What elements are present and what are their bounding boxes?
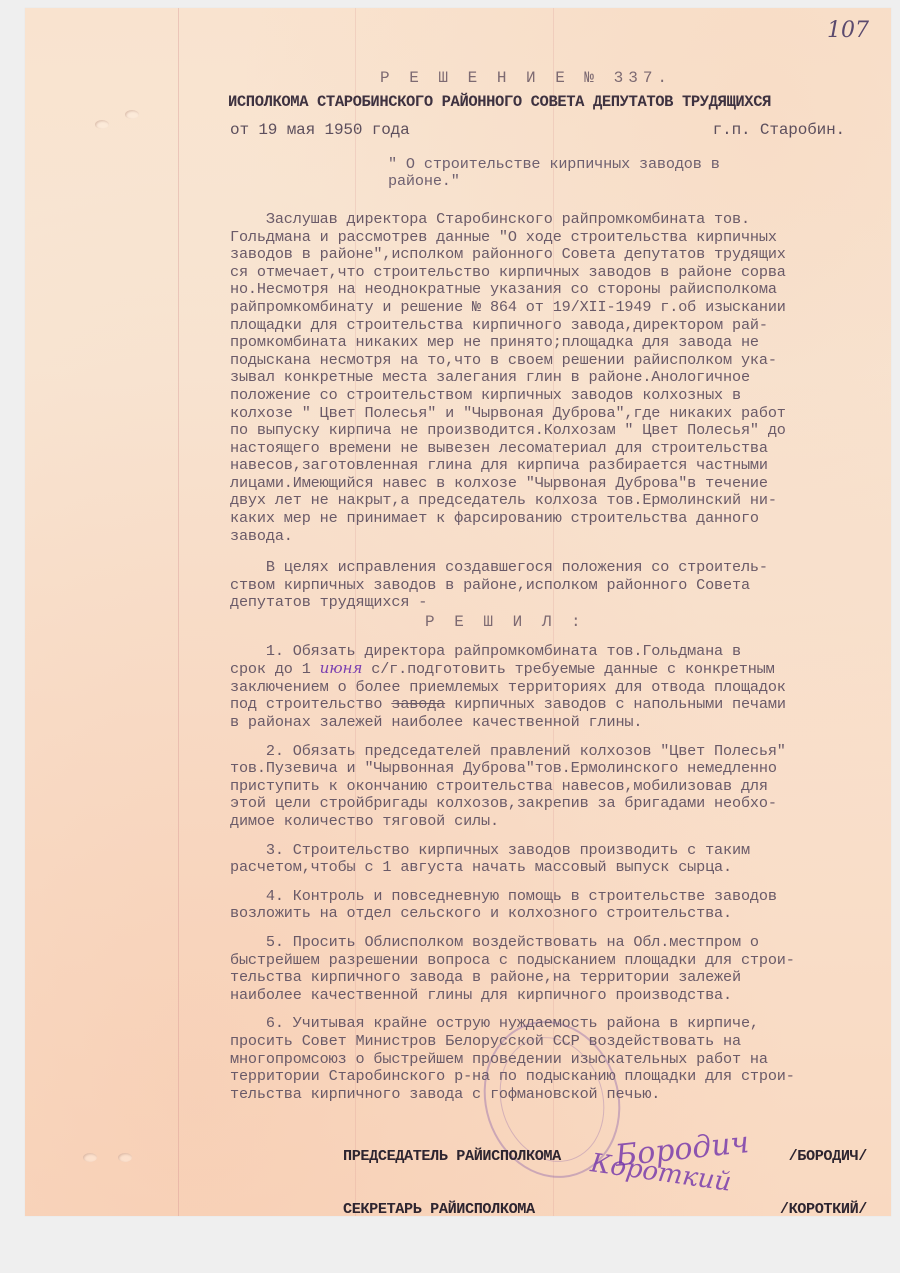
text-line: просить Совет Министров Белорусской ССР …: [230, 1032, 741, 1050]
text-line: колхозе " Цвет Полесья" и "Чырвоная Дубр…: [230, 404, 786, 422]
text-line: Заслушав директора Старобинского райпром…: [230, 210, 750, 228]
text-line: наиболее качественной глины для кирпично…: [230, 986, 732, 1004]
text-line: димое количество тяговой силы.: [230, 812, 499, 830]
text-line: депутатов трудящихся -: [230, 593, 427, 611]
resolution-item: 5. Просить Облисполком воздействовать на…: [230, 934, 885, 1004]
text-line: подыскана несмотря на то,что в своем реш…: [230, 351, 777, 369]
issuing-organization: ИСПОЛКОМА СТАРОБИНСКОГО РАЙОННОГО СОВЕТА…: [228, 94, 885, 112]
resolution-item: 6. Учитывая крайне острую нуждаемость ра…: [230, 1015, 885, 1103]
date-place-row: от 19 мая 1950 года г.п. Старобин.: [230, 122, 885, 140]
text-line: заводов в районе",исполком районного Сов…: [230, 245, 786, 263]
text-line: завода.: [230, 527, 293, 545]
text-line: расчетом,чтобы с 1 августа начать массов…: [230, 858, 732, 876]
text-line: по выпуску кирпича не производится.Колхо…: [230, 421, 786, 439]
text-line: 6. Учитывая крайне острую нуждаемость ра…: [230, 1014, 759, 1032]
text-line: райпромкомбинату и решение № 864 от 19/X…: [230, 298, 786, 316]
text-line: но.Несмотря на неоднократные указания со…: [230, 280, 777, 298]
resolution-item: 3. Строительство кирпичных заводов произ…: [230, 842, 885, 877]
intro-paragraph: В целях исправления создавшегося положен…: [230, 559, 885, 612]
text-line: зывал конкретные места залегания глин в …: [230, 368, 750, 386]
punch-hole-mark: [95, 120, 109, 129]
text-line: срок до 1 июня с/г.подготовить требуемые…: [230, 660, 775, 678]
text-line: тельства кирпичного завода в районе,на т…: [230, 968, 741, 986]
text-line: многопромсоюз о быстрейшем проведении из…: [230, 1050, 768, 1068]
text-line: 4. Контроль и повседневную помощь в стро…: [230, 887, 777, 905]
text-line: ством кирпичных заводов в районе,исполко…: [230, 576, 750, 594]
resolution-item: 2. Обязать председателей правлений колхо…: [230, 743, 885, 831]
text-line: территории Старобинского р-на по подыска…: [230, 1067, 795, 1085]
chairman-name: /БОРОДИЧ/: [789, 1148, 867, 1166]
text-line: настоящего времени не вывезен лесоматери…: [230, 439, 768, 457]
margin-rule: [178, 8, 179, 1216]
text-line: заключением о более приемлемых территори…: [230, 678, 786, 696]
punch-hole-mark: [125, 110, 139, 119]
document-date: от 19 мая 1950 года: [230, 122, 410, 140]
text-line: 2. Обязать председателей правлений колхо…: [230, 742, 786, 760]
chairman-title: ПРЕДСЕДАТЕЛЬ РАЙИСПОЛКОМА: [343, 1148, 561, 1166]
secretary-title: СЕКРЕТАРЬ РАЙИСПОЛКОМА: [343, 1201, 535, 1219]
text-line: возложить на отдел сельского и колхозног…: [230, 904, 732, 922]
document-place: г.п. Старобин.: [713, 122, 845, 140]
text-line: приступить к окончанию строительства нав…: [230, 777, 768, 795]
resolved-heading: Р Е Ш И Л :: [230, 614, 885, 632]
resolution-items: 1. Обязать директора райпромкомбината то…: [230, 643, 885, 1104]
text-line: лицами.Имеющийся навес в колхозе "Чырвон…: [230, 474, 768, 492]
document-subject: " О строительстве кирпичных заводов в ра…: [230, 156, 885, 191]
text-line: двух лет не накрыт,а председатель колхоз…: [230, 491, 777, 509]
punch-hole-mark: [83, 1153, 97, 1162]
text-line: тельства кирпичного завода с гофмановско…: [230, 1085, 660, 1103]
text-line: этой цели стройбригады колхозов,закрепив…: [230, 794, 777, 812]
text-line: ся отмечает,что строительство кирпичных …: [230, 263, 786, 281]
text-line: промкомбината никаких мер не принято;пло…: [230, 333, 759, 351]
text-line: положение со строительством кирпичных за…: [230, 386, 741, 404]
handwritten-insert: июня: [320, 659, 363, 677]
struck-word: завода: [391, 695, 445, 713]
text-line: В целях исправления создавшегося положен…: [230, 558, 768, 576]
text-line: под строительство завода кирпичных завод…: [230, 695, 786, 713]
text-line: каких мер не принимает к фарсированию ст…: [230, 509, 759, 527]
page-number: 107: [827, 18, 869, 43]
secretary-name: /КОРОТКИЙ/: [780, 1201, 867, 1219]
text-line: 5. Просить Облисполком воздействовать на…: [230, 933, 759, 951]
text-line: 1. Обязать директора райпромкомбината то…: [230, 642, 741, 660]
text-line: в районах залежей наиболее качественной …: [230, 713, 642, 731]
subject-line: " О строительстве кирпичных заводов в: [388, 155, 720, 173]
text-line: тов.Пузевича и "Чырвонная Дуброва"тов.Ер…: [230, 759, 777, 777]
resolution-item: 4. Контроль и повседневную помощь в стро…: [230, 888, 885, 923]
document-title: Р Е Ш Е Н И Е № 337.: [230, 70, 885, 88]
resolution-item: 1. Обязать директора райпромкомбината то…: [230, 643, 885, 732]
text-line: быстрейшем разрешении вопроса с подыскан…: [230, 951, 795, 969]
subject-line: районе.": [388, 172, 460, 190]
punch-hole-mark: [118, 1153, 132, 1162]
signature-block: ПРЕДСЕДАТЕЛЬ РАЙИСПОЛКОМА /БОРОДИЧ/ СЕКР…: [230, 1113, 885, 1254]
text-line: 3. Строительство кирпичных заводов произ…: [230, 841, 750, 859]
text-line: навесов,заготовленная глина для кирпича …: [230, 456, 768, 474]
text-line: Гольдмана и рассмотрев данные "О ходе ст…: [230, 228, 777, 246]
text-line: площадки для строительства кирпичного за…: [230, 316, 768, 334]
preamble-paragraph: Заслушав директора Старобинского райпром…: [230, 211, 885, 545]
document-body: Р Е Ш Е Н И Е № 337. ИСПОЛКОМА СТАРОБИНС…: [230, 70, 885, 1254]
secretary-signature-row: СЕКРЕТАРЬ РАЙИСПОЛКОМА /КОРОТКИЙ/: [343, 1201, 885, 1219]
